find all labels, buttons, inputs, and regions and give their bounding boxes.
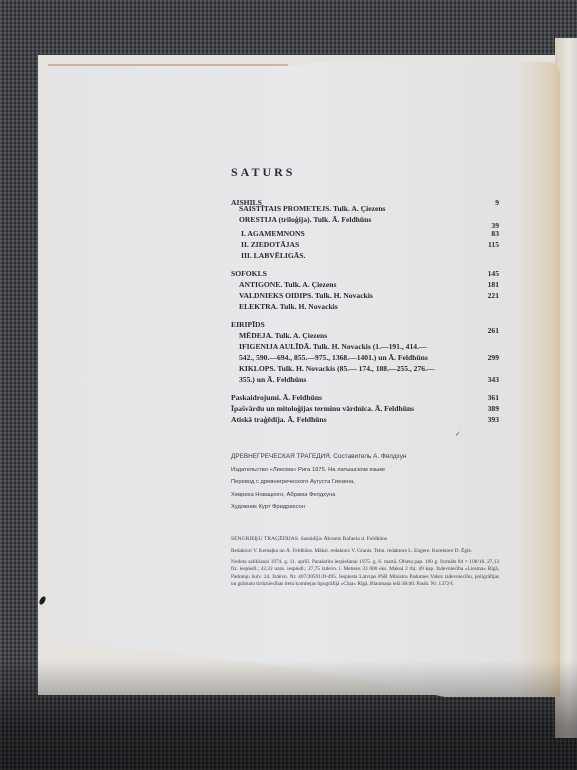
toc-entry: VALDNIEKS OIDIPS. Tulk. H. Novackis 221 <box>231 290 499 301</box>
toc-entry-continued: 355.) un Ā. Feldhūns 343 <box>231 374 499 385</box>
page-fold-line <box>48 64 288 66</box>
imprint-latvian: SENGRIEĶU TRAĢĒDIJAS. Sastādījis Ābrams … <box>231 536 499 590</box>
toc-entry: ELEKTRA. Tulk. H. Novackis <box>231 301 499 312</box>
toc-entry: IFIGENIJA AULĪDĀ. Tulk. H. Novackis (1.—… <box>231 341 499 352</box>
toc-entry: KIKLOPS. Tulk. H. Novackis (85.— 174., 1… <box>231 363 499 374</box>
toc-entry-continued: 542., 590.—694., 855.—975., 1368.—1401.)… <box>231 352 499 363</box>
toc-author: SOFOKLS 145 <box>231 268 499 279</box>
toc-author: EIRIPĪDS 261 <box>231 319 499 330</box>
imprint-russian: ДРЕВНЕГРЕЧЕСКАЯ ТРАГЕДИЯ. Составитель А.… <box>231 451 499 514</box>
toc-entry: I. AGAMEMNONS 83 <box>231 228 499 239</box>
toc-entry: SAISTĪTAIS PROMETEJS. Tulk. A. Çiezens 9 <box>231 203 499 214</box>
toc-entry: MĒDEJA. Tulk. A. Çiezens <box>231 330 499 341</box>
toc-entry: ORESTIJA (triloģija). Tulk. Ā. Feldhūns … <box>231 214 499 225</box>
toc-section-sofokls: SOFOKLS 145 ANTIGONE. Tulk. A. Çiezens 1… <box>231 268 499 312</box>
toc-appendix: Paskaidrojumi. Ā. Feldhūns 361 Īpašvārdu… <box>231 392 499 425</box>
toc-entry: Īpašvārdu un mitoloģijas terminu vārdnīc… <box>231 403 499 414</box>
toc-entry: Atiskā traģēdija. Ā. Feldhūns 393 <box>231 414 499 425</box>
toc-title: SATURS <box>231 165 499 180</box>
toc-entry: III. LABVĒLIGĀS. <box>231 250 499 261</box>
toc-section-eiripids: EIRIPĪDS 261 MĒDEJA. Tulk. A. Çiezens IF… <box>231 319 499 385</box>
toc-entry: II. ZIEDOTĀJAS 115 <box>231 239 499 250</box>
faint-mark: — — —— <box>231 406 254 411</box>
toc-section-aishils: AISHILS SAISTĪTAIS PROMETEJS. Tulk. A. Ç… <box>231 197 499 261</box>
table-of-contents: SATURS AISHILS SAISTĪTAIS PROMETEJS. Tul… <box>231 165 499 590</box>
pencil-mark: ✓ <box>455 430 461 438</box>
toc-entry: ANTIGONE. Tulk. A. Çiezens 181 <box>231 279 499 290</box>
fabric-shadow <box>0 660 577 770</box>
toc-entry: Paskaidrojumi. Ā. Feldhūns 361 <box>231 392 499 403</box>
